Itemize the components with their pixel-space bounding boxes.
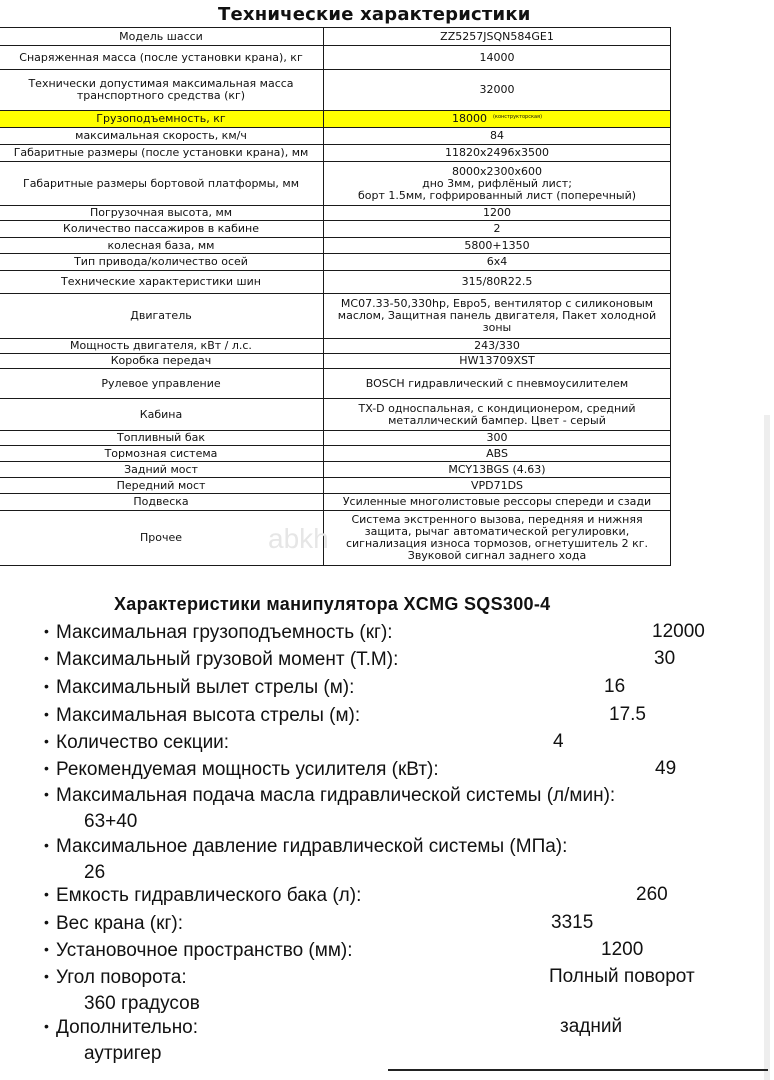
crane-spec-item: •Установочное пространство (мм):1200 [44, 936, 353, 964]
bullet-icon: • [44, 781, 56, 808]
crane-spec-item: •Максимальная грузоподъемность (кг):1200… [44, 618, 393, 646]
crane-spec-label: Максимальный вылет стрелы (м): [56, 677, 354, 698]
scrollbar-track[interactable] [764, 415, 770, 1080]
bullet-icon: • [44, 909, 56, 936]
crane-spec-label: Максимальное давление гидравлической сис… [56, 836, 567, 857]
crane-spec-value: задний [560, 1013, 622, 1040]
bullet-icon: • [44, 728, 56, 755]
crane-spec-value: 16 [604, 673, 625, 700]
crane-spec-value: Полный поворот [549, 963, 695, 990]
crane-spec-label: Максимальная грузоподъемность (кг): [56, 622, 393, 643]
crane-spec-item: •Максимальное давление гидравлической си… [44, 832, 567, 860]
bullet-icon: • [44, 936, 56, 963]
bullet-icon: • [44, 645, 56, 672]
crane-spec-item: •Максимальная подача масла гидравлическо… [44, 781, 615, 809]
bullet-icon: • [44, 673, 56, 700]
crane-spec-item: •Максимальный вылет стрелы (м):16 [44, 673, 354, 701]
crane-spec-value: 1200 [601, 936, 643, 963]
bullet-icon: • [44, 1013, 56, 1040]
crane-spec-value: 3315 [551, 909, 593, 936]
crane-spec-item: •Дополнительно:заднийаутригер [44, 1013, 198, 1041]
crane-spec-item: •Угол поворота:Полный поворот360 градусо… [44, 963, 187, 991]
crane-spec-continuation: 63+40 [84, 808, 137, 835]
crane-spec-value: 260 [636, 881, 668, 908]
crane-spec-label: Максимальный грузовой момент (Т.М): [56, 649, 398, 670]
crane-spec-label: Максимальная подача масла гидравлической… [56, 785, 615, 806]
crane-spec-item: •Максимальный грузовой момент (Т.М):30 [44, 645, 398, 673]
crane-spec-continuation: аутригер [84, 1040, 161, 1067]
crane-spec-label: Количество секции: [56, 732, 229, 753]
crane-spec-item: •Максимальная высота стрелы (м):17.5 [44, 701, 360, 729]
bullet-icon: • [44, 881, 56, 908]
bullet-icon: • [44, 618, 56, 645]
divider [388, 1069, 768, 1071]
crane-spec-value: 17.5 [609, 701, 646, 728]
crane-spec-label: Вес крана (кг): [56, 913, 183, 934]
crane-spec-label: Емкость гидравлического бака (л): [56, 885, 361, 906]
crane-spec-label: Рекомендуемая мощность усилителя (кВт): [56, 759, 439, 780]
crane-spec-item: •Количество секции:4 [44, 728, 229, 756]
bullet-icon: • [44, 755, 56, 782]
crane-spec-value: 4 [553, 728, 564, 755]
crane-spec-value: 12000 [652, 618, 705, 645]
crane-spec-label: Установочное пространство (мм): [56, 940, 353, 961]
crane-spec-label: Угол поворота: [56, 967, 187, 988]
crane-spec-item: •Вес крана (кг):3315 [44, 909, 183, 937]
crane-spec-value: 30 [654, 645, 675, 672]
crane-spec-label: Максимальная высота стрелы (м): [56, 705, 360, 726]
crane-spec-list: •Максимальная грузоподъемность (кг):1200… [0, 0, 774, 1080]
crane-spec-value: 49 [655, 755, 676, 782]
bullet-icon: • [44, 963, 56, 990]
crane-spec-item: •Рекомендуемая мощность усилителя (кВт):… [44, 755, 439, 783]
bullet-icon: • [44, 701, 56, 728]
bullet-icon: • [44, 832, 56, 859]
crane-spec-label: Дополнительно: [56, 1017, 198, 1038]
crane-spec-item: •Емкость гидравлического бака (л):260 [44, 881, 361, 909]
